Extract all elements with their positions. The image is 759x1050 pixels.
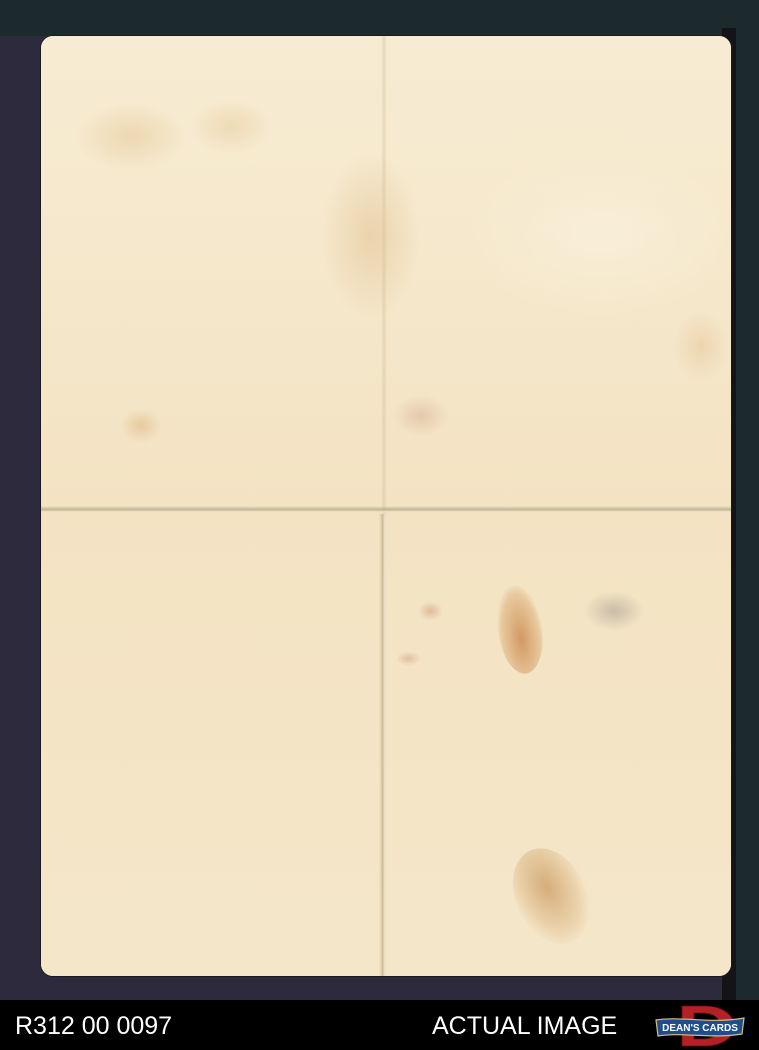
footer-bar: R312 00 0097 ACTUAL IMAGE: [0, 1000, 759, 1050]
logo-text: DEAN'S CARDS: [662, 1023, 738, 1034]
smudge-mark: [584, 591, 644, 631]
stain-spot: [396, 651, 421, 666]
deans-cards-logo-icon: DEAN'S CARDS: [652, 1004, 748, 1048]
scan-background: [0, 0, 759, 1000]
actual-image-label: ACTUAL IMAGE: [432, 1012, 617, 1041]
horizontal-fold: [41, 506, 731, 514]
card-back: [41, 36, 731, 976]
scanner-top-band: [0, 0, 759, 36]
stain-spot: [418, 601, 443, 621]
item-code: R312 00 0097: [15, 1012, 172, 1041]
vertical-fold-lower: [379, 514, 387, 976]
